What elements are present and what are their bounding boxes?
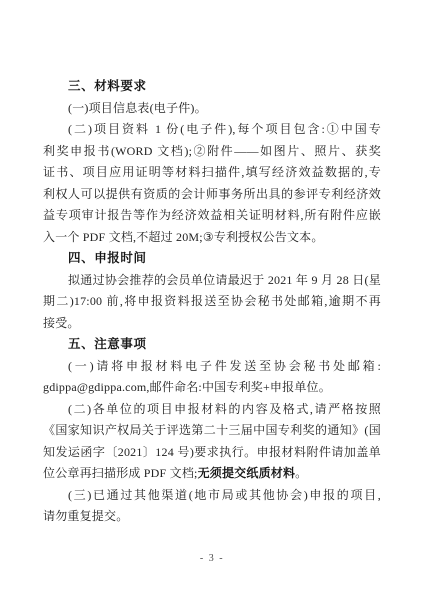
- doc-line: 益专项审计报告等作为经济效益相关证明材料,所有附件应嵌: [43, 205, 381, 227]
- doc-line-post-text: 。: [295, 466, 307, 480]
- doc-line-note-3-start: (三)已通过其他渠道(地市局或其他协会)申报的项目,: [43, 485, 381, 507]
- doc-line-pre-text: 位公章再扫描形成 PDF 文档;: [43, 466, 198, 480]
- doc-line-bold-emphasis: 无须提交纸质材料: [198, 466, 296, 480]
- page-number: - 3 -: [0, 551, 424, 567]
- doc-line-paragraph-end: 位公章再扫描形成 PDF 文档;无须提交纸质材料。: [43, 463, 381, 485]
- doc-line-item-2-start: (二)项目资料 1 份(电子件),每个项目包含:①中国专: [43, 119, 381, 141]
- section-heading-material-requirements: 三、材料要求: [43, 76, 381, 98]
- doc-line: 证书、项目应用证明等材料扫描件,填写经济效益数据的,专: [43, 162, 381, 184]
- doc-line-deadline-start: 拟通过协会推荐的会员单位请最迟于 2021 年 9 月 28 日(星: [43, 270, 381, 292]
- section-heading-application-time: 四、申报时间: [43, 248, 381, 270]
- doc-line-email: gdippa@gdippa.com,邮件命名:中国专利奖+申报单位。: [43, 377, 381, 399]
- doc-line: 期二)17:00 前,将申报资料报送至协会秘书处邮箱,逾期不再: [43, 291, 381, 313]
- doc-line: 知发运函字〔2021〕124 号)要求执行。申报材料附件请加盖单: [43, 442, 381, 464]
- doc-line-note-1-start: (一)请将申报材料电子件发送至协会秘书处邮箱:: [43, 356, 381, 378]
- doc-line-paragraph-end: 入一个 PDF 文档,不超过 20M;③专利授权公告文本。: [43, 227, 381, 249]
- doc-line-paragraph-end: 请勿重复提交。: [43, 506, 381, 528]
- document-page: 三、材料要求 (一)项目信息表(电子件)。 (二)项目资料 1 份(电子件),每…: [0, 0, 424, 600]
- doc-line-item-1: (一)项目信息表(电子件)。: [43, 98, 381, 120]
- text-block: 三、材料要求 (一)项目信息表(电子件)。 (二)项目资料 1 份(电子件),每…: [43, 76, 381, 528]
- doc-line: 利奖申报书(WORD 文档);②附件——如图片、照片、获奖: [43, 141, 381, 163]
- doc-line: 利权人可以提供有资质的会计师事务所出具的参评专利经济效: [43, 184, 381, 206]
- doc-line: 《国家知识产权局关于评选第二十三届中国专利奖的通知》(国: [43, 420, 381, 442]
- doc-line-paragraph-end: 接受。: [43, 313, 381, 335]
- section-heading-notes: 五、注意事项: [43, 334, 381, 356]
- doc-line-note-2-start: (二)各单位的项目申报材料的内容及格式,请严格按照: [43, 399, 381, 421]
